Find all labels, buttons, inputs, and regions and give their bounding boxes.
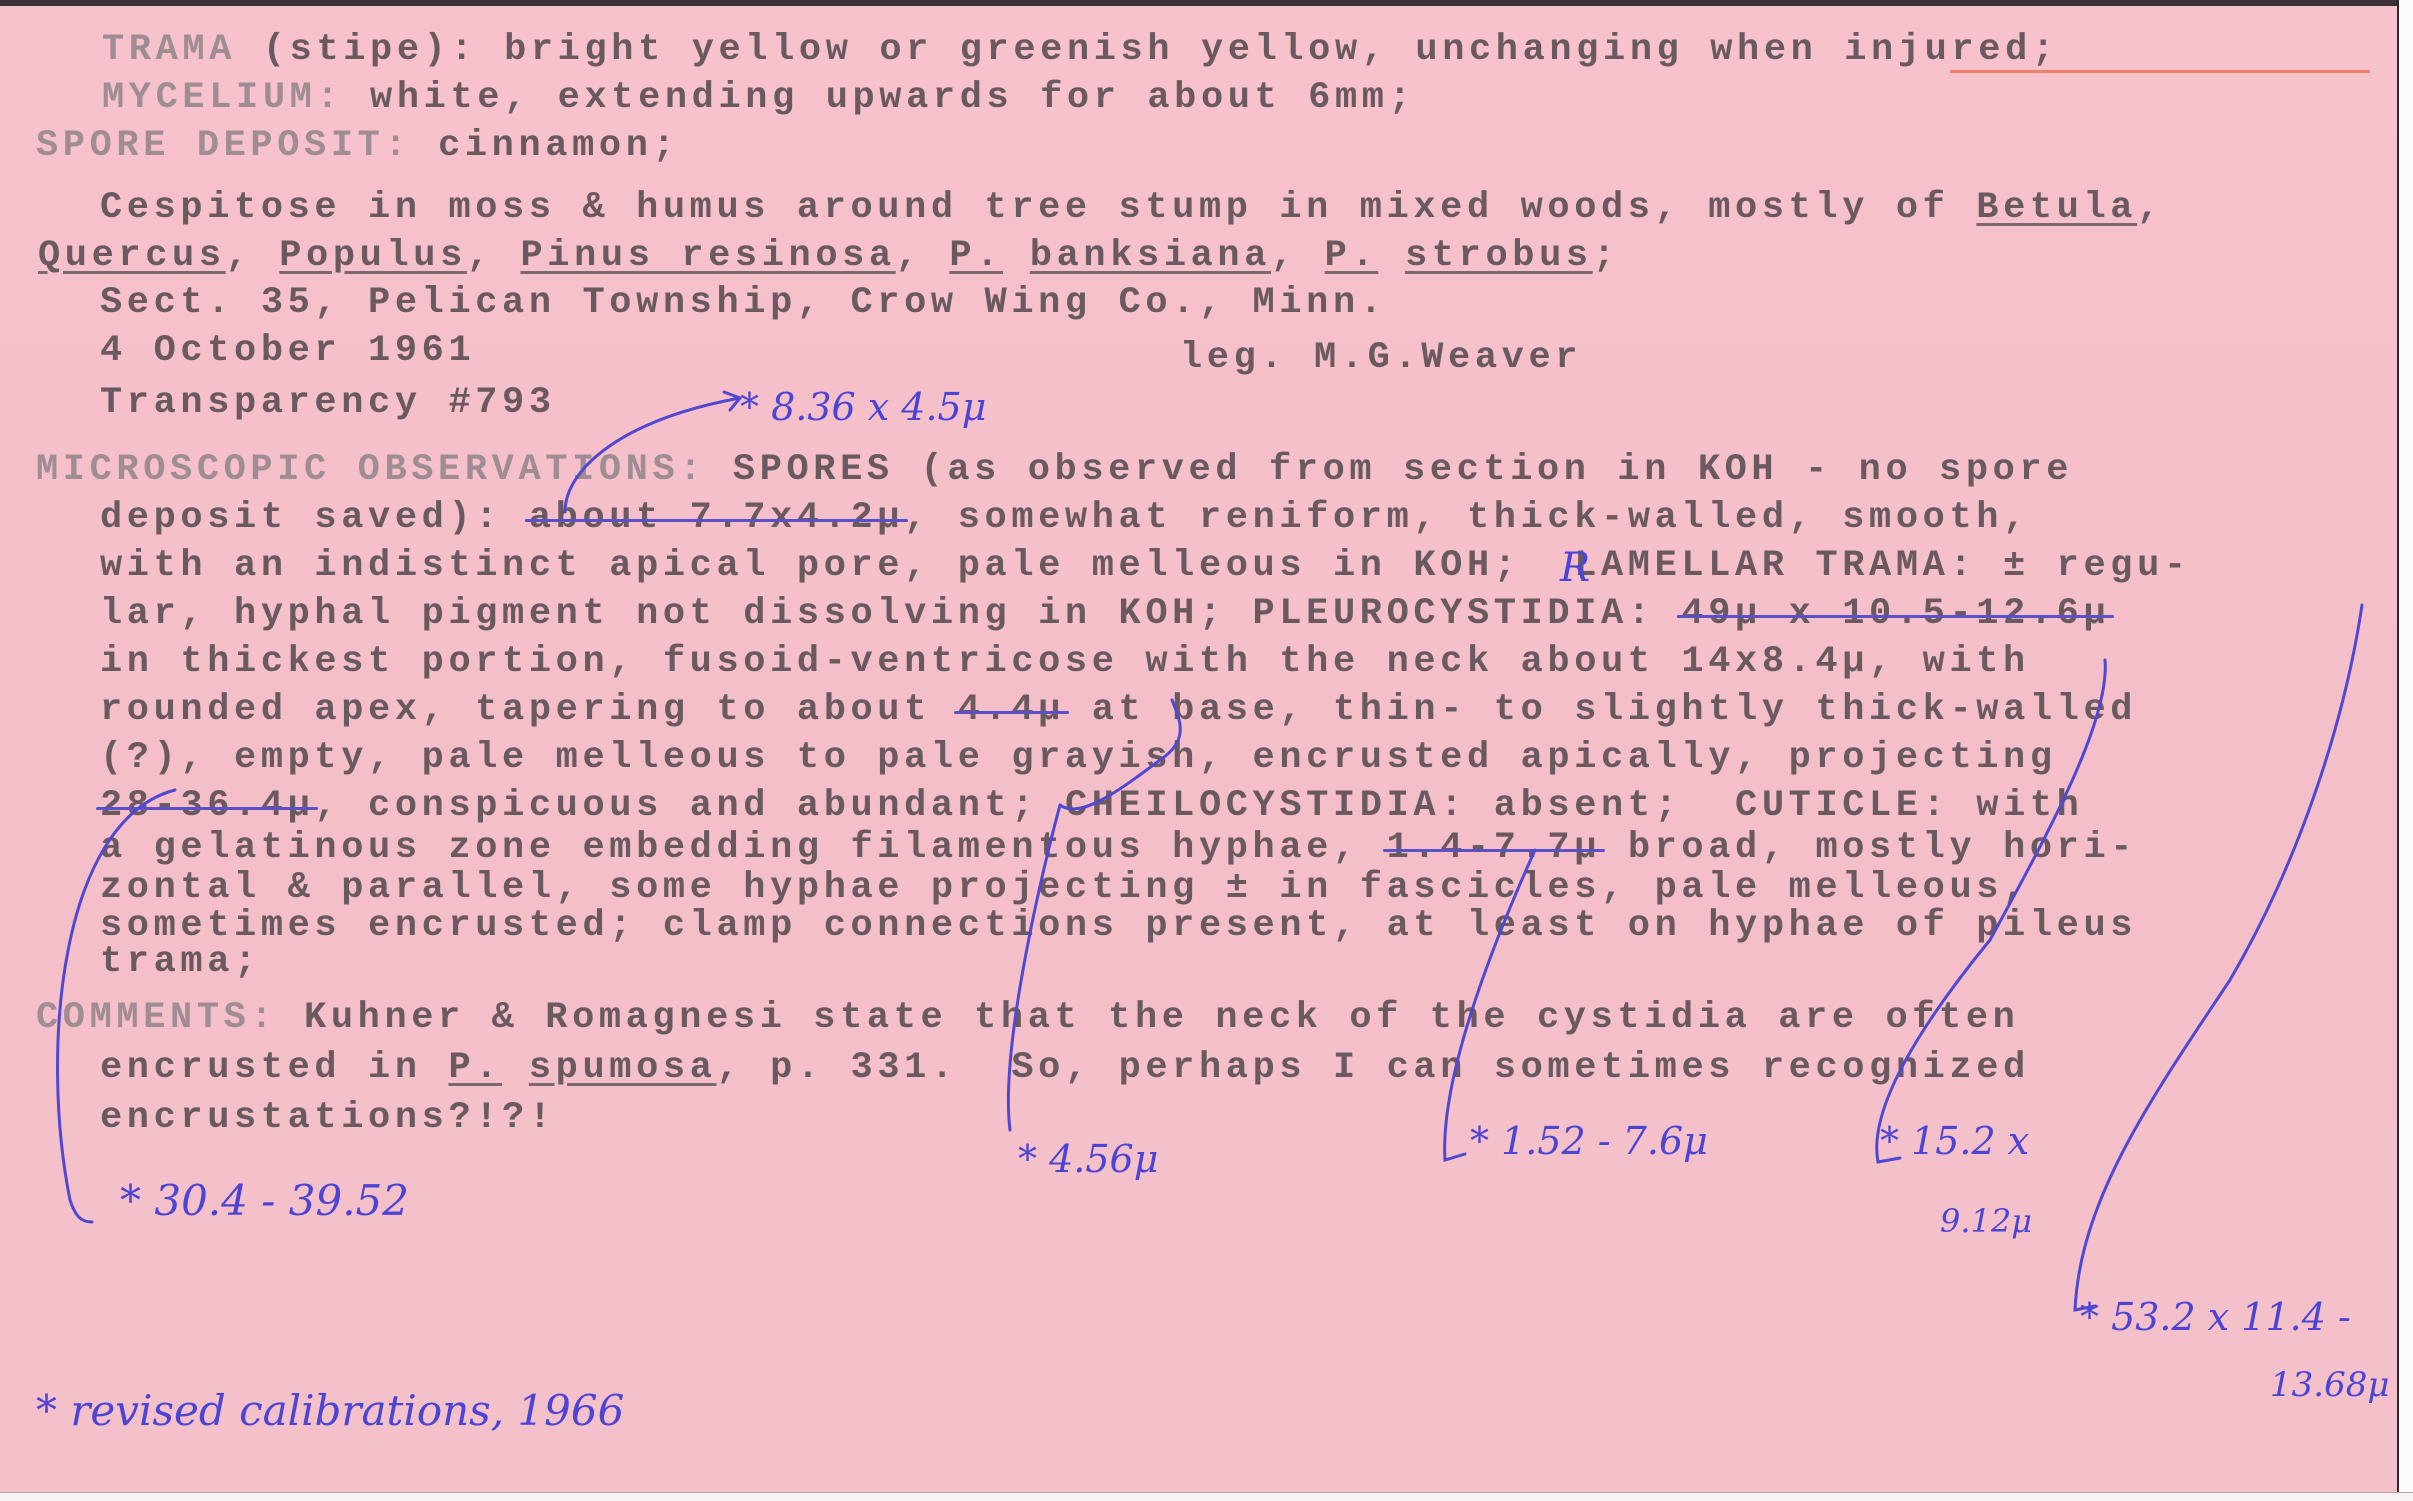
micro-label: MICROSCOPIC OBSERVATIONS: [36,449,706,491]
mycelium-line: MYCELIUM: white, extending upwards for a… [102,80,1415,117]
micro-line-12: trama; [100,944,261,981]
handwritten-projecting-revision: * 30.4 - 39.52 [120,1180,409,1222]
taxon-quercus: Quercus [38,235,226,277]
spore-deposit-text: cinnamon; [411,125,679,167]
punct: , [2137,187,2164,229]
struck-hyphae-size: 1.4-7.7μ [1387,827,1601,869]
struck-base-size: 4.4μ [958,689,1065,731]
scan-edge-top [0,0,2413,6]
micro-line-3: with an indistinct apical pore, pale mel… [100,548,2191,585]
struck-spore-size: about 7.7x4.2μ [529,497,904,539]
index-card: TRAMA (stipe): bright yellow or greenish… [0,0,2413,1501]
handwritten-pleurocystidia-revision: * 53.2 x 11.4 - [2080,1298,2351,1336]
taxon-spumosa: spumosa [529,1047,717,1089]
micro-text: rounded apex, tapering to about [100,689,958,731]
date-line: 4 October 1961 [100,333,475,370]
handwritten-spore-revision: * 8.36 x 4.5μ [740,388,986,426]
taxon-strobus: strobus [1405,235,1593,277]
red-underline-mark [1950,70,2370,73]
struck-pleurocystidia-size: 49μ x 10.5-12.6μ [1681,593,2110,635]
handwritten-base-revision: * 4.56μ [1018,1140,1158,1178]
micro-line-5: in thickest portion, fusoid-ventricose w… [100,644,2030,681]
micro-line-7: (?), empty, pale melleous to pale grayis… [100,740,2057,777]
micro-text: , somewhat reniform, thick-walled, smoot… [904,497,2030,539]
comments-text: Kuhner & Romagnesi state that the neck o… [277,997,2019,1039]
spore-deposit-line: SPORE DEPOSIT: cinnamon; [36,128,679,165]
trama-label: TRAMA [102,29,236,71]
micro-line-2: deposit saved): about 7.7x4.2μ, somewhat… [100,500,2030,537]
handwritten-lamellar-r: R [1560,548,1590,588]
habitat-line-1: Cespitose in moss & humus around tree st… [100,190,2164,227]
micro-text: lar, hyphal pigment not dissolving in KO… [100,593,1681,635]
micro-text: broad, mostly hori- [1601,827,2137,869]
micro-text: a gelatinous zone embedding filamentous … [100,827,1387,869]
comments-line-2: encrusted in P. spumosa, p. 331. So, per… [100,1050,2030,1087]
scan-edge-bottom [0,1492,2413,1501]
scan-edge-right [2397,0,2413,1501]
transparency-line: Transparency #793 [100,385,556,422]
micro-line-6: rounded apex, tapering to about 4.4μ at … [100,692,2137,729]
mycelium-text: white, extending upwards for about 6mm; [343,77,1415,119]
micro-line-8: 28-36.4μ, conspicuous and abundant; CHEI… [100,788,2083,825]
micro-line-4: lar, hyphal pigment not dissolving in KO… [100,596,2110,633]
habitat-line-2: Quercus, Populus, Pinus resinosa, P. ban… [38,238,1620,275]
micro-text: at base, thin- to slightly thick-walled [1065,689,2137,731]
micro-line-1: MICROSCOPIC OBSERVATIONS: SPORES (as obs… [36,452,2073,489]
micro-text: deposit saved): [100,497,529,539]
location-line: Sect. 35, Pelican Township, Crow Wing Co… [100,285,1387,322]
taxon-genus-abbrev: P. [1325,235,1379,277]
trama-line: TRAMA (stipe): bright yellow or greenish… [102,32,2059,69]
micro-line-11: sometimes encrusted; clamp connections p… [100,908,2137,945]
taxon-pinus-resinosa: Pinus resinosa [521,235,896,277]
micro-line-9: a gelatinous zone embedding filamentous … [100,830,2137,867]
habitat-text: Cespitose in moss & humus around tree st… [100,187,1976,229]
handwritten-pleurocystidia-revision-width: 13.68μ [2270,1368,2389,1402]
mycelium-label: MYCELIUM: [102,77,343,119]
handwritten-neck-revision: * 15.2 x [1880,1122,2029,1160]
trama-text: (stipe): bright yellow or greenish yello… [236,29,2059,71]
taxon-populus: Populus [279,235,467,277]
struck-projecting-size: 28-36.4μ [100,785,314,827]
handwritten-hyphae-revision: * 1.52 - 7.6μ [1470,1122,1708,1160]
taxon-genus-abbrev: P. [448,1047,502,1089]
micro-spores-text: SPORES (as observed from section in KOH … [706,449,2073,491]
handwritten-footnote: * revised calibrations, 1966 [36,1390,624,1432]
taxon-banksiana: banksiana [1030,235,1271,277]
comments-line-3: encrustations?!?! [100,1100,556,1137]
taxon-betula: Betula [1976,187,2137,229]
taxon-genus-abbrev: P. [949,235,1003,277]
collector-line: leg. M.G.Weaver [1180,340,1582,377]
spore-deposit-label: SPORE DEPOSIT: [36,125,411,167]
handwritten-neck-revision-width: 9.12μ [1940,1205,2032,1237]
micro-text: , conspicuous and abundant; CHEILOCYSTID… [314,785,2083,827]
comments-text: , p. 331. So, perhaps I can sometimes re… [717,1047,2030,1089]
comments-line-1: COMMENTS: Kuhner & Romagnesi state that … [36,1000,2019,1037]
comments-text: encrusted in [100,1047,448,1089]
comments-label: COMMENTS: [36,997,277,1039]
micro-line-10: zontal & parallel, some hyphae projectin… [100,870,2030,907]
